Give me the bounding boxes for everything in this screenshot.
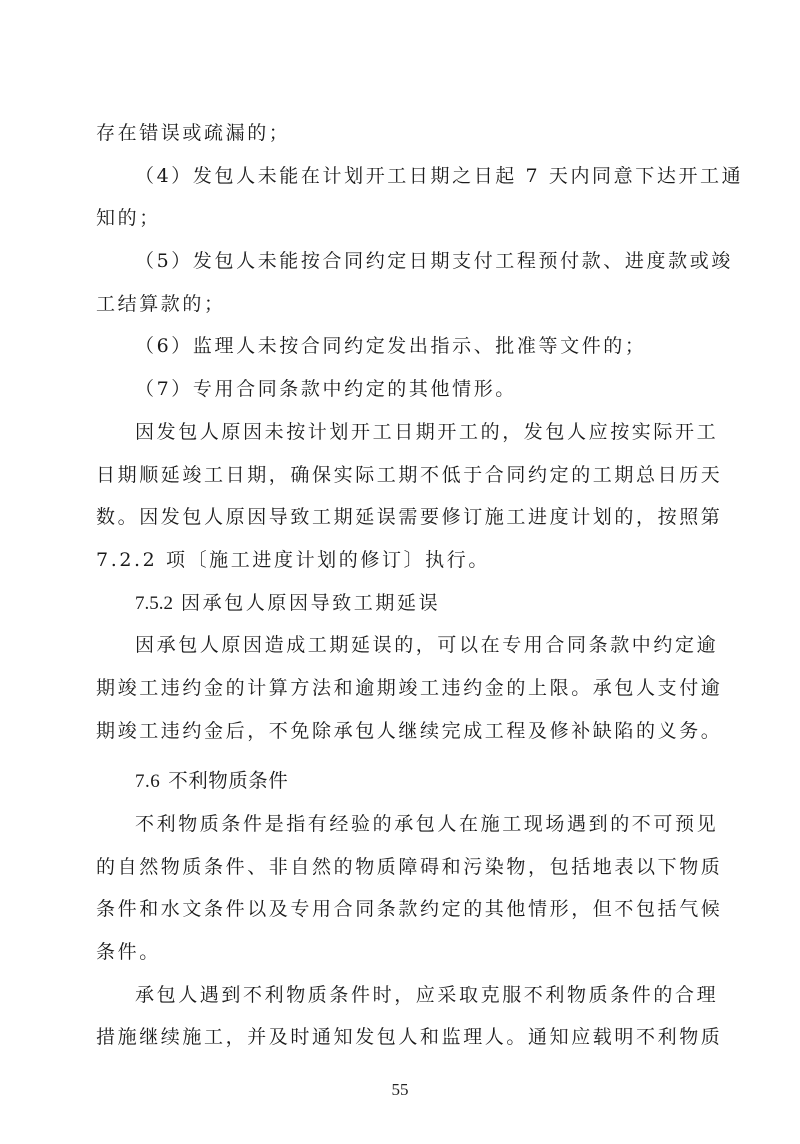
subsection-heading-7-5-2: 7.5.2因承包人原因导致工期延误 <box>96 582 676 625</box>
subsection-title: 因承包人原因导致工期延误 <box>181 592 440 614</box>
text-line: 知的； <box>96 197 676 240</box>
list-item-6: （6）监理人未按合同约定发出指示、批准等文件的； <box>96 325 676 368</box>
list-item-4: （4）发包人未能在计划开工日期之日起 7 天内同意下达开工通 <box>96 155 676 198</box>
paragraph-start: 不利物质条件是指有经验的承包人在施工现场遇到的不可预见 <box>96 803 676 846</box>
subsection-number: 7.5.2 <box>135 593 173 614</box>
text-line: 数。因发包人原因导致工期延误需要修订施工进度计划的，按照第 <box>96 496 676 539</box>
section-title: 不利物质条件 <box>168 769 288 792</box>
list-item-5: （5）发包人未能按合同约定日期支付工程预付款、进度款或竣 <box>96 240 676 283</box>
text-line: 日期顺延竣工日期，确保实际工期不低于合同约定的工期总日历天 <box>96 454 676 497</box>
page-number: 55 <box>0 1080 800 1100</box>
paragraph-start: 承包人遇到不利物质条件时，应采取克服不利物质条件的合理 <box>96 974 676 1017</box>
text-line: 7.2.2 项〔施工进度计划的修订〕执行。 <box>96 539 676 582</box>
text-line: 措施继续施工，并及时通知发包人和监理人。通知应载明不利物质 <box>96 1016 676 1059</box>
text-line: 的自然物质条件、非自然的物质障碍和污染物，包括地表以下物质 <box>96 846 676 889</box>
text-line: 期竣工违约金的计算方法和逾期竣工违约金的上限。承包人支付逾 <box>96 667 676 710</box>
text-line: 工结算款的； <box>96 283 676 326</box>
text-line: 期竣工违约金后，不免除承包人继续完成工程及修补缺陷的义务。 <box>96 710 676 753</box>
document-page: 存在错误或疏漏的； （4）发包人未能在计划开工日期之日起 7 天内同意下达开工通… <box>96 112 676 1059</box>
text-line: 条件和水文条件以及专用合同条款约定的其他情形，但不包括气候 <box>96 888 676 931</box>
text-line: 存在错误或疏漏的； <box>96 112 676 155</box>
section-heading-7-6: 7.6不利物质条件 <box>96 760 676 803</box>
paragraph-start: 因发包人原因未按计划开工日期开工的，发包人应按实际开工 <box>96 411 676 454</box>
text-line: 条件。 <box>96 931 676 974</box>
list-item-7: （7）专用合同条款中约定的其他情形。 <box>96 368 676 411</box>
paragraph-start: 因承包人原因造成工期延误的，可以在专用合同条款中约定逾 <box>96 624 676 667</box>
section-number: 7.6 <box>135 771 160 792</box>
